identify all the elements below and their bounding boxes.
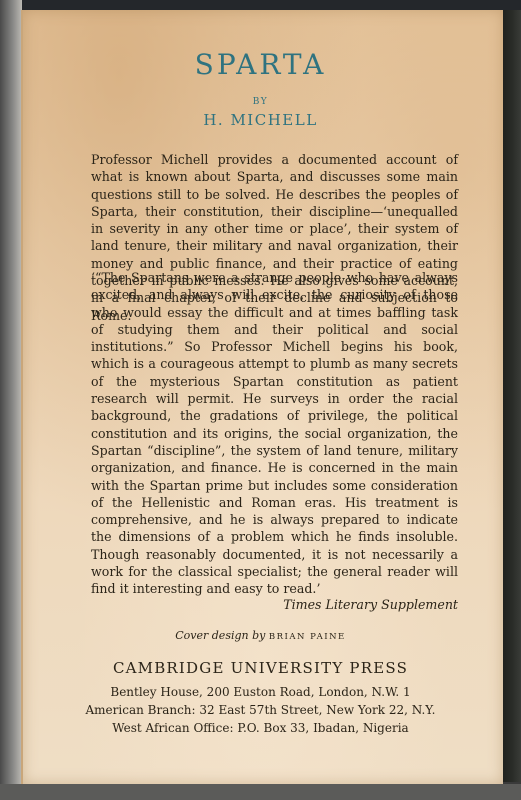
- author-name: H. MICHELL: [0, 111, 521, 129]
- review-quote-paragraph: ‘“The Spartans were a strange people who…: [91, 269, 458, 598]
- book-title: SPARTA: [0, 48, 521, 81]
- cover-design-credit: Cover design by BRIAN PAINE: [0, 629, 521, 642]
- publisher-address-london: Bentley House, 200 Euston Road, London, …: [0, 685, 521, 699]
- cover-design-label: Cover design by: [175, 629, 265, 642]
- review-attribution: Times Literary Supplement: [91, 597, 458, 612]
- cover-designer-name: BRIAN PAINE: [269, 632, 346, 642]
- by-line: BY: [0, 97, 521, 107]
- backdrop-bottom: [0, 784, 521, 800]
- publisher-name: CAMBRIDGE UNIVERSITY PRESS: [0, 659, 521, 677]
- publisher-address-ibadan: West African Office: P.O. Box 33, Ibadan…: [0, 721, 521, 735]
- publisher-address-new-york: American Branch: 32 East 57th Street, Ne…: [0, 703, 521, 717]
